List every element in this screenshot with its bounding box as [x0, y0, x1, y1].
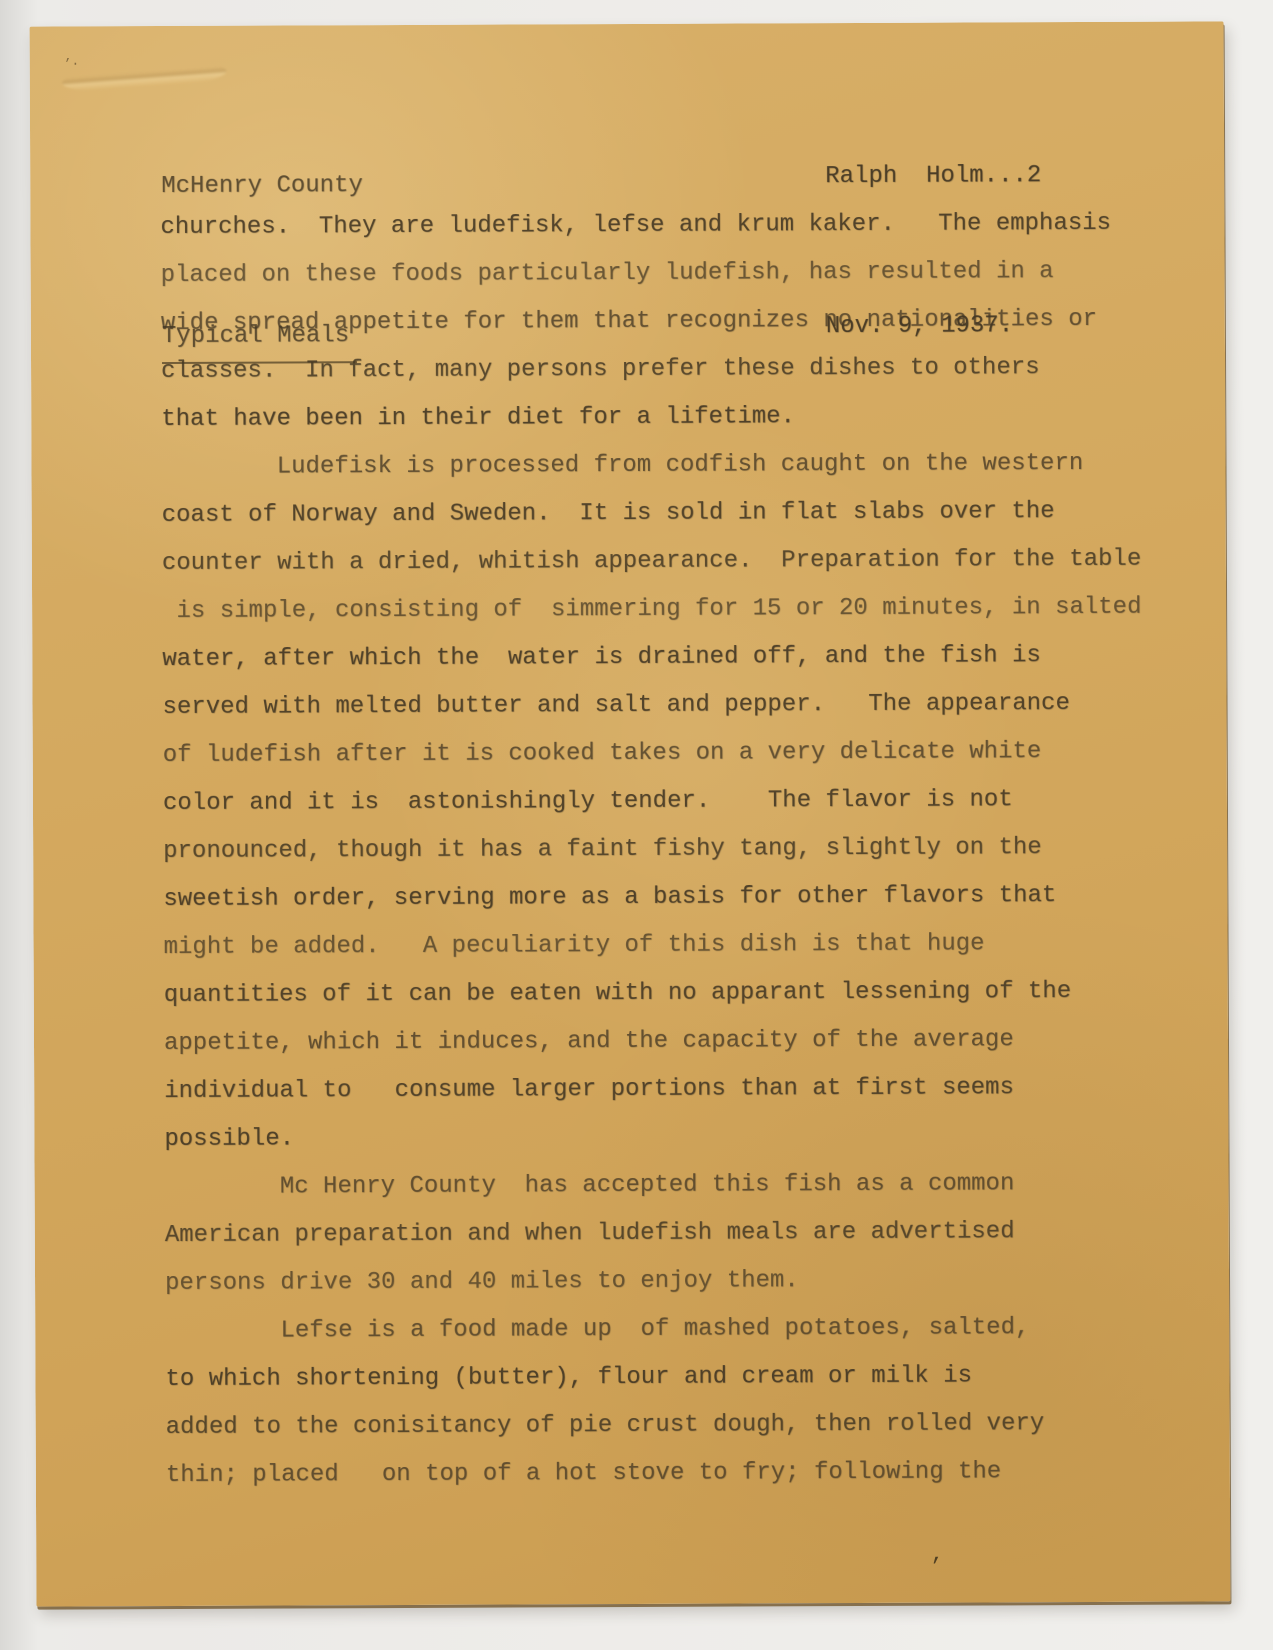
typed-line: counter with a dried, whitish appearance… [162, 536, 1192, 588]
typed-line: water, after which the water is drained … [162, 632, 1192, 684]
typed-line: Ludefisk is processed from codfish caugh… [161, 440, 1191, 492]
ink-speck: ’· [64, 56, 80, 71]
typed-line: added to the conisitancy of pie crust do… [166, 1400, 1196, 1452]
document-body: churches. They are ludefisk, lefse and k… [160, 200, 1196, 1500]
typed-line: to which shortening (butter), flour and … [165, 1352, 1195, 1404]
ink-speck: ’ [929, 1555, 942, 1580]
typed-line: color and it is astonishingly tender. Th… [163, 776, 1193, 828]
typed-line: appetite, which it induces, and the capa… [164, 1016, 1194, 1068]
typed-line: Mc Henry County has accepted this fish a… [165, 1160, 1195, 1212]
typed-line: Lefse is a food made up of mashed potato… [165, 1304, 1195, 1356]
typed-line: of ludefish after it is cooked takes on … [163, 728, 1193, 780]
typed-line: served with melted butter and salt and p… [162, 680, 1192, 732]
typed-line: pronounced, though it has a faint fishy … [163, 824, 1193, 876]
typed-line: that have been in their diet for a lifet… [161, 392, 1191, 444]
typed-line: individual to consume larger portions th… [164, 1064, 1194, 1116]
document-page: ’· McHenry County Typical Meals Ralph Ho… [30, 21, 1231, 1606]
typed-line: classes. In fact, many persons prefer th… [161, 344, 1191, 396]
typed-line: possible. [164, 1112, 1194, 1164]
typed-line: persons drive 30 and 40 miles to enjoy t… [165, 1256, 1195, 1308]
typed-line: sweetish order, serving more as a basis … [163, 872, 1193, 924]
typed-line: might be added. A peculiarity of this di… [163, 920, 1193, 972]
author-page-number: Ralph Holm...2 [825, 151, 1041, 202]
typed-line: wide spread appetite for them that recog… [161, 296, 1191, 348]
typed-line: churches. They are ludefisk, lefse and k… [160, 200, 1190, 252]
typed-line: thin; placed on top of a hot stove to fr… [166, 1448, 1196, 1500]
typed-line: placed on these foods particularly ludef… [161, 248, 1191, 300]
typed-line: quantities of it can be eaten with no ap… [164, 968, 1194, 1020]
typed-line: is simple, consisting of simmering for 1… [162, 584, 1192, 636]
typed-line: coast of Norway and Sweden. It is sold i… [162, 488, 1192, 540]
typed-line: American preparation and when ludefish m… [165, 1208, 1195, 1260]
